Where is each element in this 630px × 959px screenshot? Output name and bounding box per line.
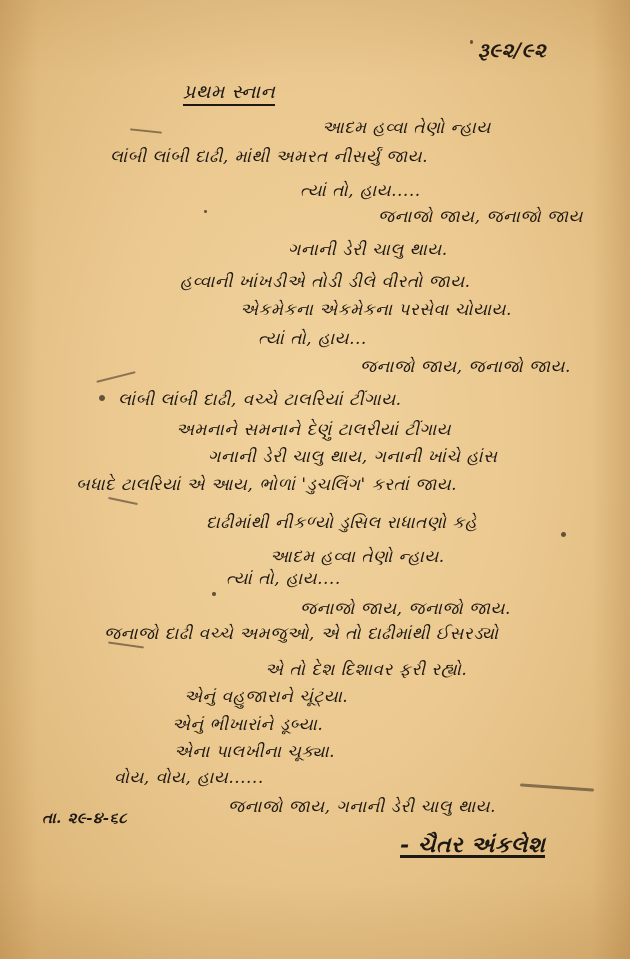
poem-line: દાઢીમાંથી નીકળ્યો ડુસિલ રાધાતણો કહે [206, 513, 477, 533]
poem-line: એનું વહુજારાને ચૂંટ્યા. [184, 687, 348, 707]
date-note: તા. ૨૯-૪-૬૮ [42, 808, 127, 828]
poem-line: ગનાની ડેરી ચાલુ થાય, ગનાની ખાંચે હાંસ [208, 447, 497, 467]
ink-stroke [96, 371, 135, 383]
ink-blot [470, 40, 473, 44]
poem-line: જનાજો જાય, જનાજો જાય. [360, 357, 571, 377]
poem-title: પ્રથમ સ્નાન [183, 82, 275, 106]
poem-line: ગનાની ડેરી ચાલુ થાય. [288, 240, 448, 260]
poem-line: ત્યાં તો, હાય..... [300, 181, 421, 201]
poem-line: એકમેકના એકમેકના પરસેવા ચોયાય. [240, 300, 512, 320]
author-signature: - ચૈતર અંકલેશ [400, 835, 545, 858]
poem-line: આદમ હવ્વા તેણો ન્હાય [322, 118, 491, 138]
poem-line: જનાજો દાઢી વચ્ચે અમજુઓ, એ તો દાઢીમાંથી ઈ… [104, 624, 499, 644]
poem-line: અમનાને સમનાને દેણું ટાલરીયાં ટીંગાય [176, 420, 451, 440]
poem-line: ત્યાં તો, હાય.... [226, 569, 341, 589]
poem-line: બધાદે ટાલરિયાં એ આય, ભોળાં 'ડુચલિંગ' કરત… [76, 475, 457, 495]
ink-stroke [520, 783, 594, 791]
ink-blot [212, 592, 216, 596]
poem-line: લાંબી લાંબી દાઢી, માંથી અમરત નીસર્યું જા… [110, 147, 428, 167]
poem-line: જનાજો જાય, જનાજો જાય [378, 207, 583, 227]
poem-line: આદમ હવ્વા તેણો ન્હાય. [270, 547, 445, 567]
poem-line: ત્યાં તો, હાય... [258, 329, 367, 349]
ink-stroke [130, 128, 162, 133]
poem-line: હવ્વાની ખાંખડીએ તોડી ડીલે વીરતો જાય. [180, 272, 471, 292]
manuscript-page: રૂ૯૨/૯૨ પ્રથમ સ્નાન આદમ હવ્વા તેણો ન્હાય… [0, 0, 630, 959]
ink-stroke [108, 497, 138, 505]
poem-line: જનાજો જાય, ગનાની ડેરી ચાલુ થાય. [228, 797, 496, 817]
poem-line: એના પાલખીના ચૂક્યા. [174, 742, 335, 762]
poem-line: વોય, વોય, હાય...... [114, 768, 264, 788]
ink-blot [561, 532, 566, 537]
ink-blot [204, 210, 207, 213]
poem-line: જનાજો જાય, જનાજો જાય. [300, 599, 511, 619]
poem-line: એ તો દેશ દિશાવર ફરી રહ્યો. [265, 660, 467, 680]
poem-line: એનું ભીખારાંને ડૂબ્યા. [172, 715, 323, 735]
poem-line: લાંબી લાંબી દાઢી, વચ્ચે ટાલરિયાં ટીંગાય. [118, 390, 402, 410]
ink-blot [99, 395, 105, 401]
page-reference-number: રૂ૯૨/૯૨ [478, 40, 546, 60]
